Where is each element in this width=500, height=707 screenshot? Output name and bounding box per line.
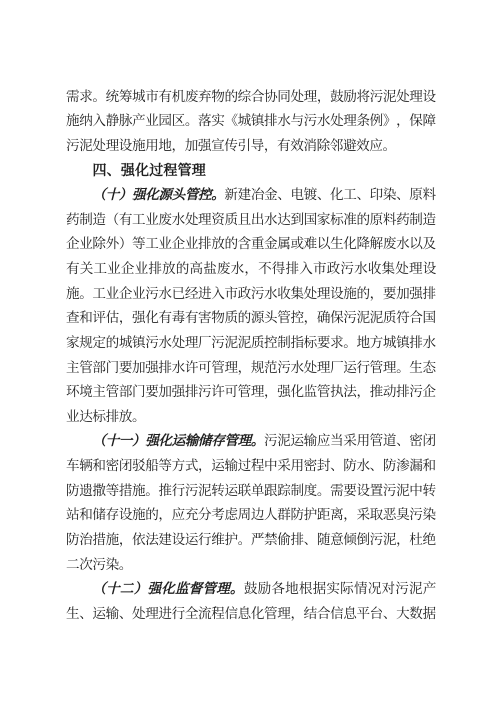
section-heading: 四、强化过程管理 — [92, 158, 436, 183]
text-line: 生、运输、处理进行全流程信息化管理，结合信息平台、大数据 — [66, 601, 436, 626]
text-line: 主管部门要加强排水许可管理，规范污水处理厂运行管理。生态 — [66, 355, 436, 380]
text-line: 环境主管部门要加强排污许可管理，强化监管执法，推动排污企 — [66, 380, 436, 405]
text-line: 污泥处理设施用地，加强宣传引导，有效消除邻避效应。 — [66, 133, 436, 158]
paragraph-first-line: （十一）强化运输储存管理。污泥运输应当采用管道、密闭 — [92, 429, 436, 454]
text-line: 业达标排放。 — [66, 404, 436, 429]
text-line: 施。工业企业污水已经进入市政污水收集处理设施的，要加强排 — [66, 281, 436, 306]
text-line: 防治措施，依法建设运行维护。严禁偷排、随意倾倒污泥，杜绝 — [66, 528, 436, 553]
text-line: 车辆和密闭驳船等方式，运输过程中采用密封、防水、防渗漏和 — [66, 454, 436, 479]
text-line: 家规定的城镇污水处理厂污泥泥质控制指标要求。地方城镇排水 — [66, 330, 436, 355]
text-line: 防遗撒等措施。推行污泥转运联单跟踪制度。需要设置污泥中转 — [66, 478, 436, 503]
text-line: 施纳入静脉产业园区。落实《城镇排水与污水处理条例》，保障 — [66, 109, 436, 134]
document-page: 需求。统筹城市有机废弃物的综合协同处理，鼓励将污泥处理设施纳入静脉产业园区。落实… — [0, 0, 500, 707]
text-line: 需求。统筹城市有机废弃物的综合协同处理，鼓励将污泥处理设 — [66, 84, 436, 109]
paragraph-first-line: （十）强化源头管控。新建冶金、电镀、化工、印染、原料 — [92, 183, 436, 208]
text-line: 查和评估，强化有毒有害物质的源头管控，确保污泥泥质符合国 — [66, 306, 436, 331]
text-line: 企业除外）等工业企业排放的含重金属或难以生化降解废水以及 — [66, 232, 436, 257]
text-line: 二次污染。 — [66, 552, 436, 577]
text-line: 药制造（有工业废水处理资质且出水达到国家标准的原料药制造 — [66, 207, 436, 232]
text-line: 有关工业企业排放的高盐废水，不得排入市政污水收集处理设 — [66, 256, 436, 281]
text-line: 站和储存设施的，应充分考虑周边人群防护距离，采取恶臭污染 — [66, 503, 436, 528]
paragraph-first-line: （十二）强化监督管理。鼓励各地根据实际情况对污泥产 — [92, 577, 436, 602]
page-content: 需求。统筹城市有机废弃物的综合协同处理，鼓励将污泥处理设施纳入静脉产业园区。落实… — [66, 84, 436, 626]
